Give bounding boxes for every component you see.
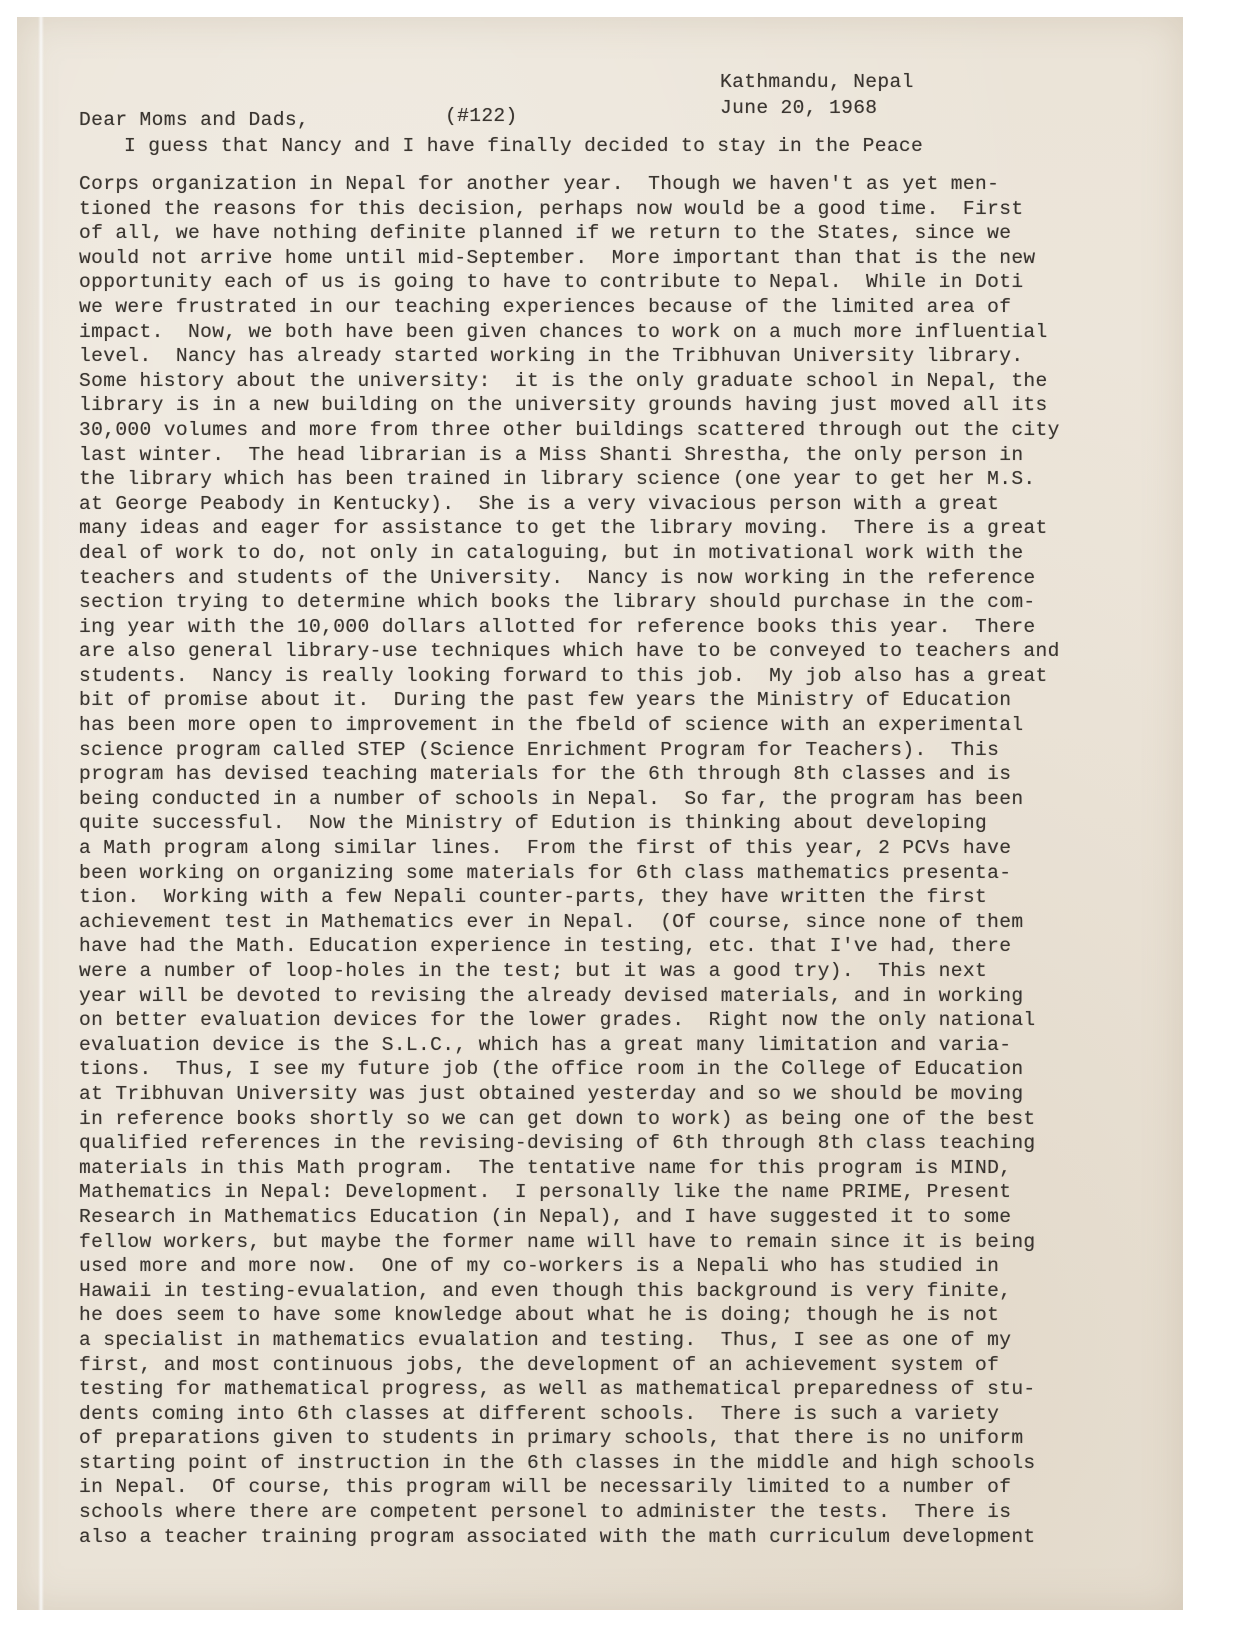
body-line: Mathematics in Nepal: Development. I per… xyxy=(79,1180,1060,1205)
body-line: would not arrive home until mid-Septembe… xyxy=(79,246,1060,271)
body-line: last winter. The head librarian is a Mis… xyxy=(79,443,1060,468)
body-line: on better evaluation devices for the low… xyxy=(79,1008,1060,1033)
body-line: of all, we have nothing definite planned… xyxy=(79,221,1060,246)
body-line: tions. Thus, I see my future job (the of… xyxy=(79,1057,1060,1082)
body-line: ing year with the 10,000 dollars allotte… xyxy=(79,615,1060,640)
body-line: 30,000 volumes and more from three other… xyxy=(79,418,1060,443)
letter-body: Corps organization in Nepal for another … xyxy=(79,172,1060,1549)
body-line: opportunity each of us is going to have … xyxy=(79,270,1060,295)
body-line: used more and more now. One of my co-wor… xyxy=(79,1254,1060,1279)
body-line: in Nepal. Of course, this program will b… xyxy=(79,1475,1060,1500)
body-line: schools where there are competent person… xyxy=(79,1500,1060,1525)
body-line: at George Peabody in Kentucky). She is a… xyxy=(79,492,1060,517)
body-line: has been more open to improvement in the… xyxy=(79,713,1060,738)
body-line: Hawaii in testing-evualation, and even t… xyxy=(79,1279,1060,1304)
body-line: many ideas and eager for assistance to g… xyxy=(79,516,1060,541)
letter-number: (#122) xyxy=(445,105,518,127)
body-line: program has devised teaching materials f… xyxy=(79,762,1060,787)
body-line: fellow workers, but maybe the former nam… xyxy=(79,1230,1060,1255)
body-line: students. Nancy is really looking forwar… xyxy=(79,664,1060,689)
body-line: are also general library-use techniques … xyxy=(79,639,1060,664)
body-line: been working on organizing some material… xyxy=(79,861,1060,886)
body-line: Some history about the university: it is… xyxy=(79,369,1060,394)
body-line: year will be devoted to revising the alr… xyxy=(79,984,1060,1009)
body-line: we were frustrated in our teaching exper… xyxy=(79,295,1060,320)
body-line: quite successful. Now the Ministry of Ed… xyxy=(79,811,1060,836)
body-line: section trying to determine which books … xyxy=(79,590,1060,615)
letter-date: June 20, 1968 xyxy=(720,97,877,119)
body-line: science program called STEP (Science Enr… xyxy=(79,738,1060,763)
body-line: tioned the reasons for this decision, pe… xyxy=(79,197,1060,222)
body-line: dents coming into 6th classes at differe… xyxy=(79,1402,1060,1427)
body-line: a Math program along similar lines. From… xyxy=(79,836,1060,861)
body-line: at Tribhuvan University was just obtaine… xyxy=(79,1082,1060,1107)
body-line: also a teacher training program associat… xyxy=(79,1525,1060,1550)
body-line: achievement test in Mathematics ever in … xyxy=(79,910,1060,935)
body-line: were a number of loop-holes in the test;… xyxy=(79,959,1060,984)
body-line: Corps organization in Nepal for another … xyxy=(79,172,1060,197)
body-line: impact. Now, we both have been given cha… xyxy=(79,320,1060,345)
body-line: testing for mathematical progress, as we… xyxy=(79,1377,1060,1402)
body-line: of preparations given to students in pri… xyxy=(79,1426,1060,1451)
body-line: level. Nancy has already started working… xyxy=(79,344,1060,369)
body-line: a specialist in mathematics evualation a… xyxy=(79,1328,1060,1353)
body-line: qualified references in the revising-dev… xyxy=(79,1131,1060,1156)
body-line: have had the Math. Education experience … xyxy=(79,934,1060,959)
letter-page: Kathmandu, Nepal June 20, 1968 Dear Moms… xyxy=(17,17,1183,1610)
body-line: Research in Mathematics Education (in Ne… xyxy=(79,1205,1060,1230)
paper-fold-line xyxy=(38,17,44,1610)
body-line: deal of work to do, not only in catalogu… xyxy=(79,541,1060,566)
body-line: first, and most continuous jobs, the dev… xyxy=(79,1353,1060,1378)
body-line: being conducted in a number of schools i… xyxy=(79,787,1060,812)
body-line: bit of promise about it. During the past… xyxy=(79,688,1060,713)
body-line: starting point of instruction in the 6th… xyxy=(79,1451,1060,1476)
salutation: Dear Moms and Dads, xyxy=(79,109,309,131)
opening-line: I guess that Nancy and I have finally de… xyxy=(124,135,923,157)
body-line: the library which has been trained in li… xyxy=(79,467,1060,492)
body-line: in reference books shortly so we can get… xyxy=(79,1107,1060,1132)
body-line: materials in this Math program. The tent… xyxy=(79,1156,1060,1181)
body-line: teachers and students of the University.… xyxy=(79,566,1060,591)
letter-place: Kathmandu, Nepal xyxy=(720,71,914,93)
body-line: evaluation device is the S.L.C., which h… xyxy=(79,1033,1060,1058)
body-line: tion. Working with a few Nepali counter-… xyxy=(79,885,1060,910)
body-line: library is in a new building on the univ… xyxy=(79,393,1060,418)
body-line: he does seem to have some knowledge abou… xyxy=(79,1303,1060,1328)
